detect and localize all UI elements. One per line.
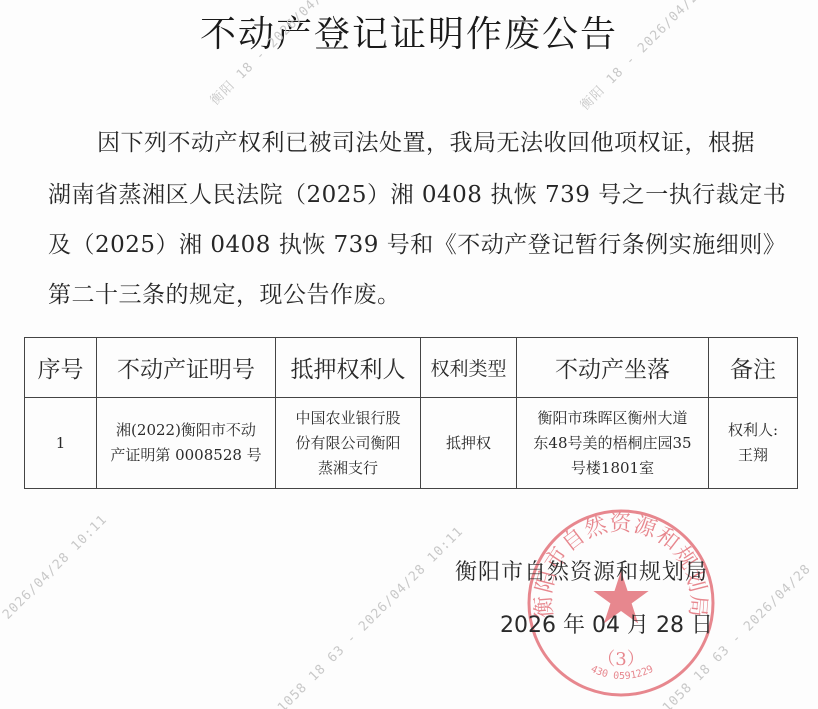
paragraph-line: 因下列不动产权利已被司法处置，我局无法收回他项权证，根据 (97, 128, 755, 158)
header-mortgagee: 抵押权利人 (276, 338, 421, 398)
remarks-line: 王翔 (709, 443, 797, 468)
paragraph-line: 第二十三条的规定，现公告作废。 (48, 280, 401, 310)
document-page: 衡阳 18 - 2026/04/28 10:11 衡阳 18 - 2026/04… (0, 0, 818, 709)
header-right-type: 权利类型 (421, 338, 517, 398)
location-line: 东48号美的梧桐庄园35 (517, 431, 708, 456)
cell-seq: 1 (25, 398, 97, 489)
page-title: 不动产登记证明作废公告 (0, 10, 818, 60)
location-line: 衡阳市珠晖区衡州大道 (517, 406, 708, 431)
right-type-value: 抵押权 (446, 434, 491, 452)
official-seal-icon: 衡阳市自然资源和规划局 ★ （3） 430 0591229 (523, 505, 719, 701)
seal-number: （3） (597, 649, 644, 670)
header-remarks: 备注 (709, 338, 798, 398)
header-location: 不动产坐落 (517, 338, 709, 398)
certificate-line: 湘(2022)衡阳市不动 (97, 418, 275, 443)
watermark: 2026/04/28 10:11 (0, 512, 110, 622)
cell-remarks: 权利人: 王翔 (709, 398, 798, 489)
cell-right-type: 抵押权 (421, 398, 517, 489)
table-row: 1 湘(2022)衡阳市不动 产证明第 0008528 号 中国农业银行股 份有… (25, 398, 798, 489)
table-header-row: 序号 不动产证明号 抵押权利人 权利类型 不动产坐落 备注 (25, 338, 798, 398)
certificate-line: 产证明第 0008528 号 (97, 443, 275, 468)
mortgagee-line: 份有限公司衡阳 (276, 431, 420, 456)
issue-date: 2026 年 04 月 28 日 (500, 608, 713, 639)
cell-certificate-number: 湘(2022)衡阳市不动 产证明第 0008528 号 (97, 398, 276, 489)
seq-value: 1 (56, 431, 66, 456)
cell-location: 衡阳市珠晖区衡州大道 东48号美的梧桐庄园35 号楼1801室 (517, 398, 709, 489)
mortgagee-line: 中国农业银行股 (276, 406, 420, 431)
cell-mortgagee: 中国农业银行股 份有限公司衡阳 蒸湘支行 (276, 398, 421, 489)
issuing-organization: 衡阳市自然资源和规划局 (455, 555, 708, 586)
remarks-line: 权利人: (709, 418, 797, 443)
watermark: 1058 18 63 - 2026/04/28 10:11 (275, 524, 467, 709)
voided-certificates-table: 序号 不动产证明号 抵押权利人 权利类型 不动产坐落 备注 1 湘(2022)衡… (24, 337, 798, 489)
mortgagee-line: 蒸湘支行 (276, 456, 420, 481)
header-seq: 序号 (25, 338, 97, 398)
header-certificate-number: 不动产证明号 (97, 338, 276, 398)
paragraph-line: 及（2025）湘 0408 执恢 739 号和《不动产登记暂行条例实施细则》 (48, 230, 786, 260)
paragraph-line: 湖南省蒸湘区人民法院（2025）湘 0408 执恢 739 号之一执行裁定书 (48, 180, 786, 210)
location-line: 号楼1801室 (517, 456, 708, 481)
